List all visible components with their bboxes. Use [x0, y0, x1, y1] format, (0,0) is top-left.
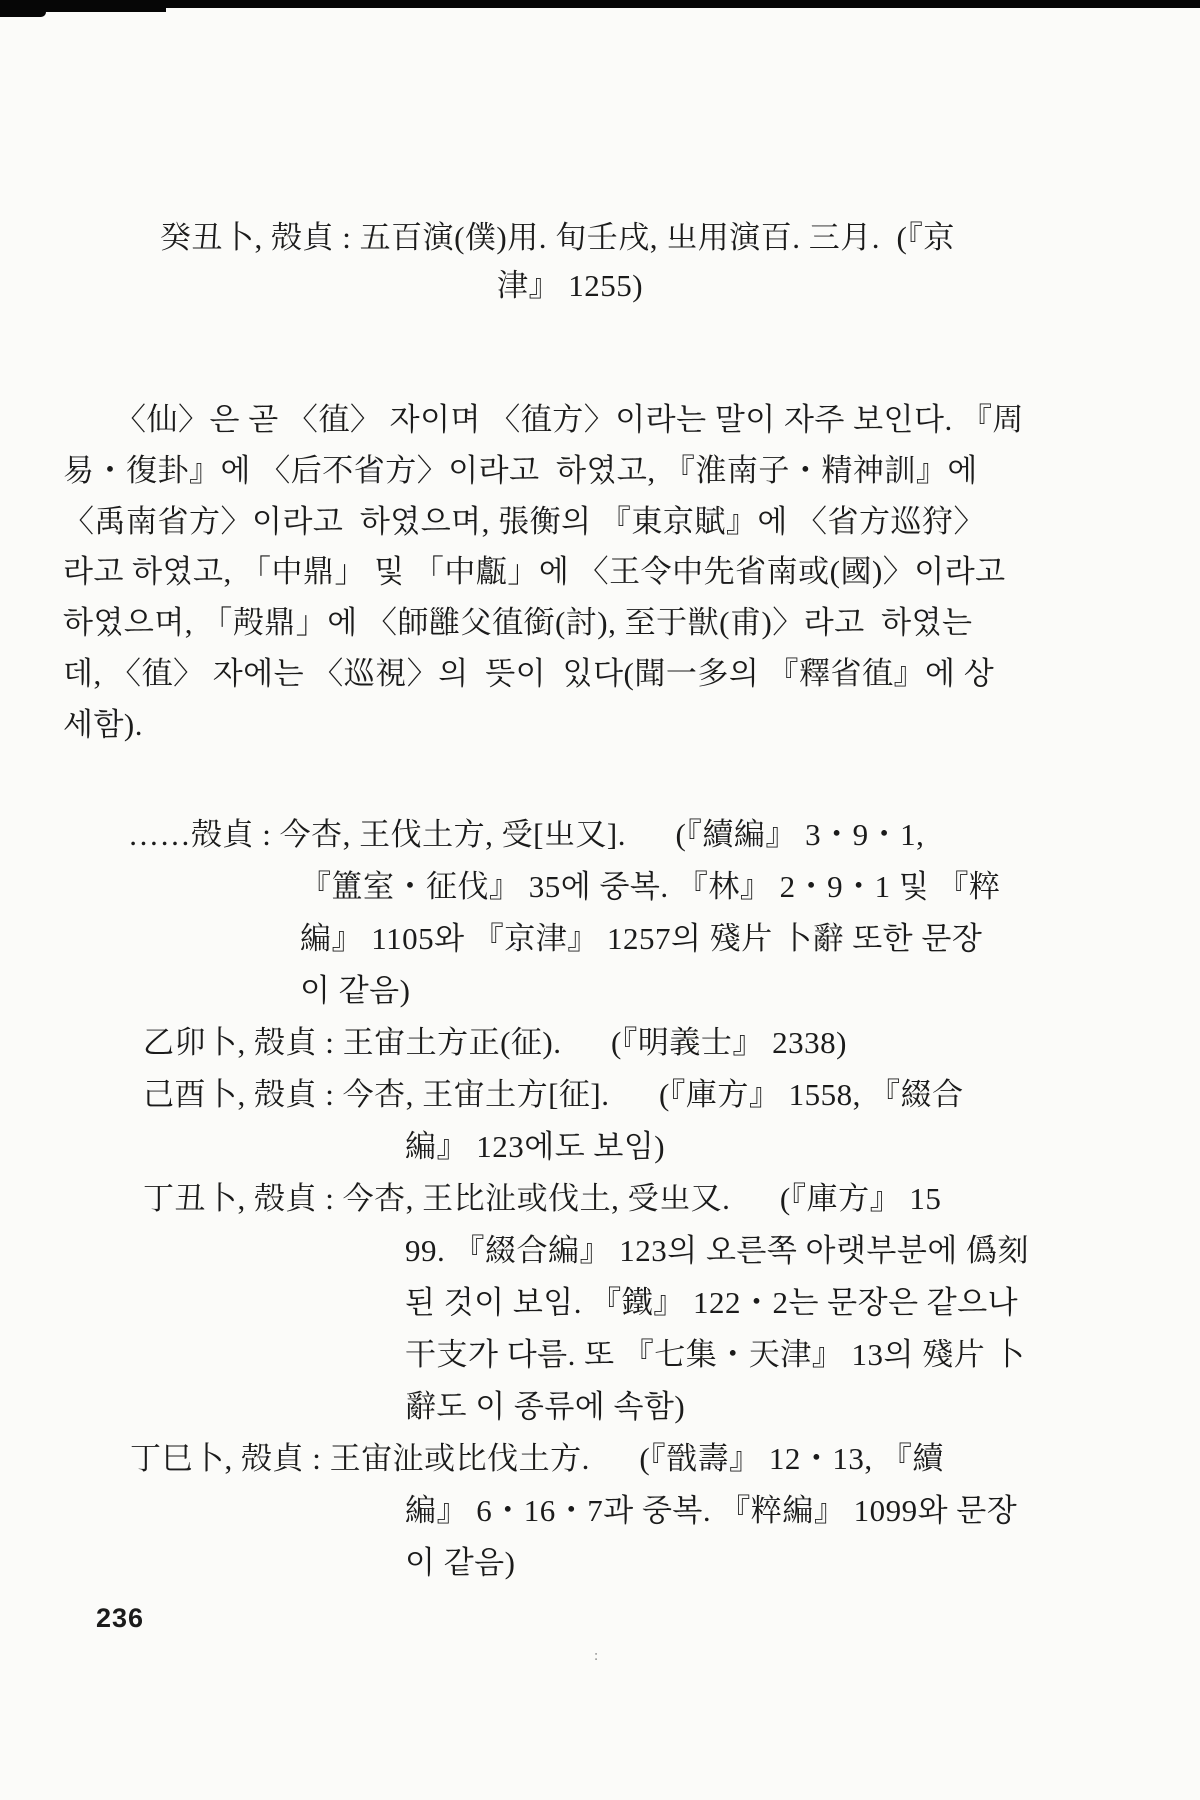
- paragraph-line: 라고 하였고, 「中鼎」 및 「中甗」에 〈王令中先省南或(國)〉이라고: [63, 552, 1006, 592]
- entry-line-continuation: 된 것이 보임. 『鐵』 122・2는 문장은 같으나: [405, 1283, 1018, 1323]
- entry-line-continuation: 『簠室・征伐』 35에 중복. 『林』 2・9・1 및 『粹: [300, 867, 1001, 907]
- entry-line-continuation: 編』 123에도 보임): [405, 1127, 665, 1167]
- entry-line: 乙卯卜, 殻貞 : 王宙土方正(征). (『明義士』 2338): [143, 1023, 847, 1063]
- entry-line-continuation: 99. 『綴合編』 123의 오른쪽 아랫부분에 僞刻: [405, 1231, 1029, 1271]
- entry-line-continuation: 辭도 이 종류에 속함): [405, 1387, 685, 1427]
- paragraph-line: 〈禹南省方〉이라고 하였으며, 張衡의 『東京賦』에 〈省方巡狩〉: [63, 502, 985, 542]
- quote-line-continuation: 津』 1255): [497, 266, 643, 306]
- entry-line-continuation: 編』 6・16・7과 중복. 『粹編』 1099와 문장: [405, 1491, 1017, 1531]
- entry-line: ……殻貞 : 今杏, 王伐土方, 受[㞢又]. (『續編』 3・9・1,: [128, 815, 924, 855]
- paragraph-line: 데, 〈徝〉 자에는 〈巡視〉의 뜻이 있다(聞一多의 『釋省徝』에 상: [63, 654, 994, 694]
- entry-line: 己酉卜, 殻貞 : 今杏, 王宙土方[征]. (『庫方』 1558, 『綴合: [143, 1075, 964, 1115]
- paragraph-line: 하였으며, 「殸鼎」에 〈師雝父徝銜(討), 至于獣(甫)〉라고 하였는: [63, 603, 973, 643]
- scan-edge-artifact-bar: [0, 0, 1200, 8]
- scanned-book-page: 癸丑卜, 殻貞 : 五百演(僕)用. 旬壬戌, 㞢用演百. 三月. (『京 津』…: [0, 0, 1200, 1800]
- entry-line: 丁巳卜, 殻貞 : 王宙沚或比伐土方. (『戩壽』 12・13, 『續: [130, 1439, 944, 1479]
- paragraph-line: 易・復卦』에 〈后不省方〉이라고 하였고, 『淮南子・精神訓』에: [63, 451, 978, 491]
- scan-speck: :: [594, 1648, 598, 1665]
- scan-edge-artifact-step: [46, 0, 166, 12]
- page-number: 236: [96, 1603, 144, 1634]
- entry-line-continuation: 干支가 다름. 또 『七集・天津』 13의 殘片 卜: [405, 1335, 1025, 1375]
- quote-line: 癸丑卜, 殻貞 : 五百演(僕)用. 旬壬戌, 㞢用演百. 三月. (『京: [160, 218, 955, 258]
- scan-edge-artifact-corner: [0, 0, 46, 17]
- entry-line-continuation: 編』 1105와 『京津』 1257의 殘片 卜辭 또한 문장: [300, 919, 982, 959]
- entry-line: 丁丑卜, 殻貞 : 今杏, 王比沚或伐土, 受㞢又. (『庫方』 15: [143, 1179, 941, 1219]
- paragraph-line: 〈仙〉은 곧 〈徝〉 자이며 〈徝方〉이라는 말이 자주 보인다. 『周: [115, 400, 1024, 440]
- entry-line-continuation: 이 같음): [300, 971, 410, 1011]
- paragraph-line: 세함).: [63, 705, 143, 745]
- entry-line-continuation: 이 같음): [405, 1543, 515, 1583]
